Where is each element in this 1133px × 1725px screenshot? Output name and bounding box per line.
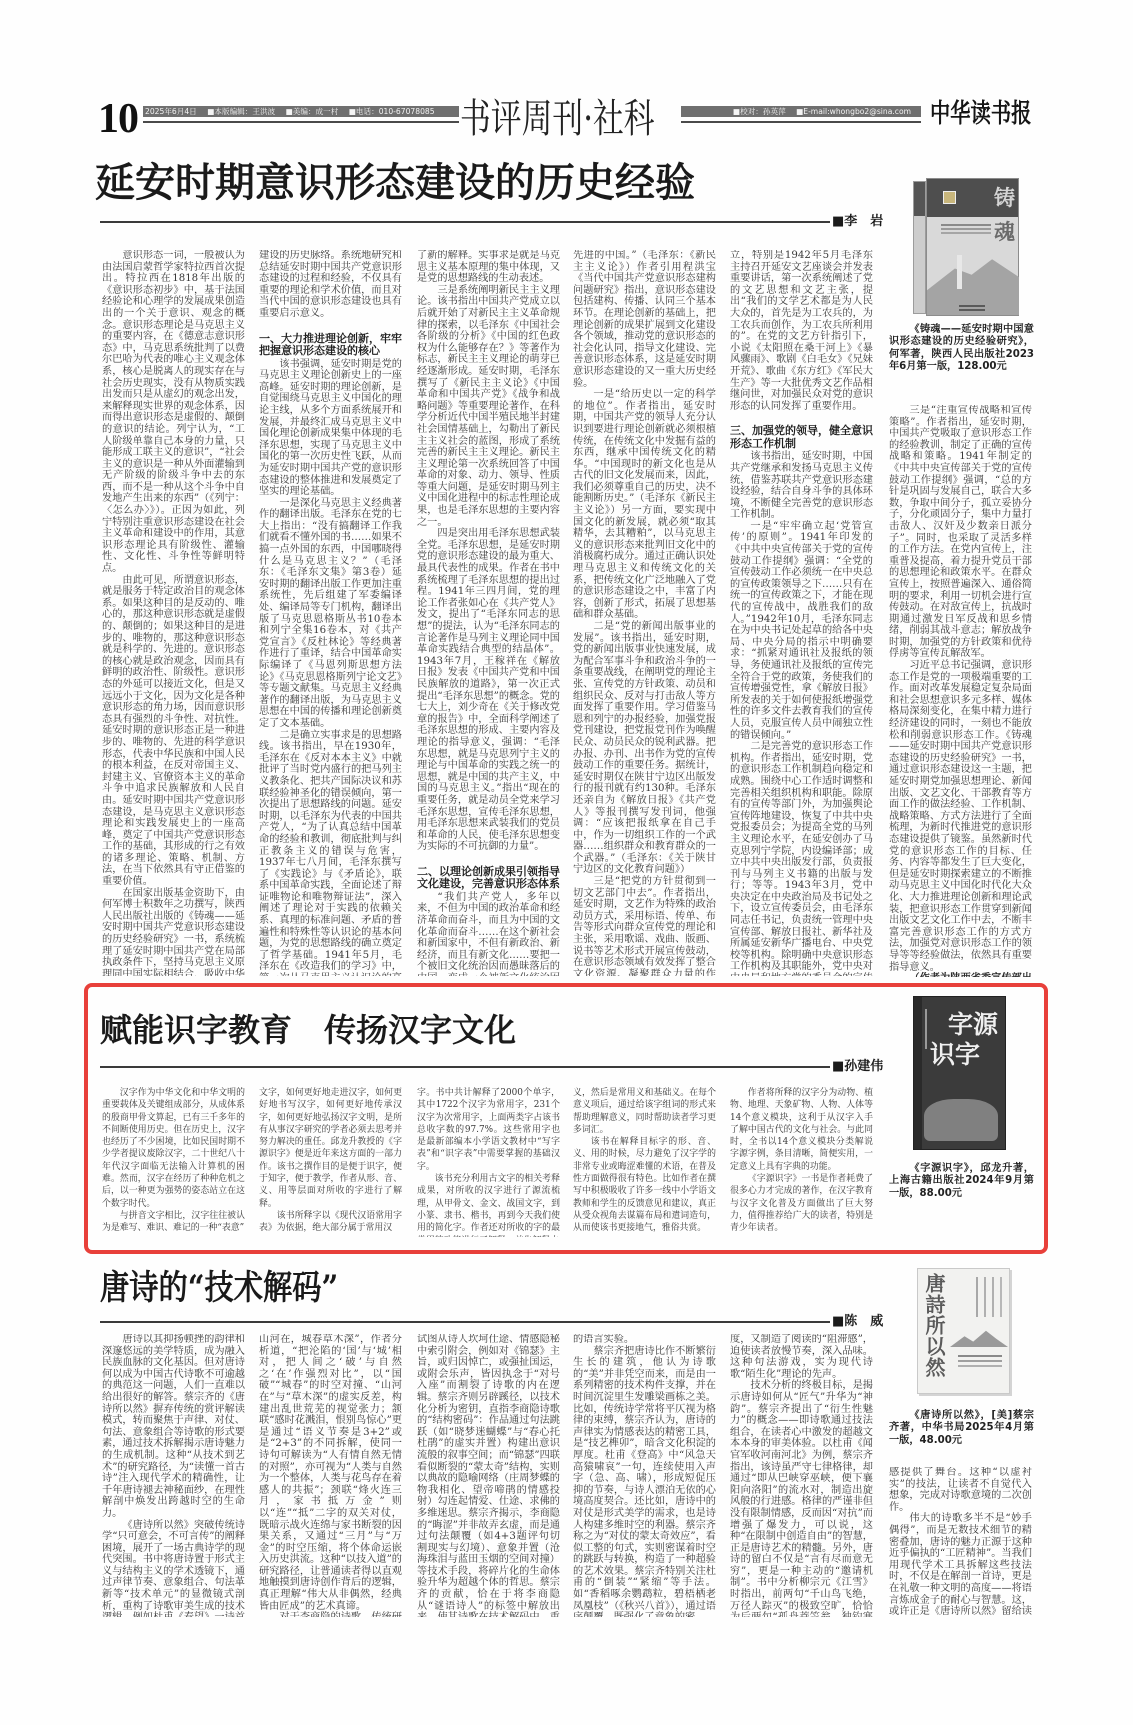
pagoda-illustration (957, 255, 962, 289)
author-byline: ■孙建伟 (832, 1059, 883, 1074)
paragraph: 一是“给历史以一定的科学的地位”。作者指出，延安时期，中国共产党的领导人充分认识… (573, 389, 716, 621)
author-byline: ■陈 威 (832, 1314, 883, 1329)
text-column: 作者将所释的汉字分为动物、植物、地理、天象矿物、人物、人体等14个意义模块，这利… (730, 1087, 873, 1237)
paragraph: 与拼音文字相比，汉字往往被认为是难写、难识、难记的一种“表意” (102, 1210, 245, 1235)
paragraph: 技术分析的终极目标，是揭示唐诗如何从“匠气”升华为“神韵”。蔡宗齐提出了“衍生性… (730, 1380, 873, 1617)
email: ■E-mail:whongbo2@sina.com (796, 107, 911, 116)
book-caption: 《字源识字》，邱龙升著，上海古籍出版社2024年9月第一版，88.00元 (889, 1163, 1034, 1200)
text-column: 山河在，城春草木深”，作者分析道，“把沦陷的‘国’与‘城’相对，把人间之‘破’与… (259, 1334, 402, 1617)
text-column: 义，然后是常用义和基础义。在每个意义项后，通过给该字组词的形式来帮助理解意义，同… (573, 1087, 716, 1237)
article-title: 延安时期意识形态建设的历史经验 (95, 160, 695, 206)
section-heading: 一、大力推进理论创新，牢牢把握意识形态建设的核心 (259, 333, 402, 358)
paragraph: 立，特别是1942年5月毛泽东主持召开延安文艺座谈会并发表重要讲话，第一次系统阐… (730, 250, 873, 412)
paragraph: 对于李商隐的诗歌，传统研究往往囿于“知人论世”的窠臼， (259, 1612, 402, 1617)
phone: ■电话：010-67078085 (349, 107, 435, 116)
paragraph: 在国家出版基金资助下，由何军博士积数年之功撰写，陕西人民出版社出版的《铸魂——延… (102, 888, 245, 976)
text-column: 汉字作为中华文化和中华文明的重要载体及关键组成部分，从成体系的殷商甲骨文算起，已… (102, 1087, 245, 1237)
text-column: 建设的历史脉络。系统地研究和总结延安时期中国共产党意识形态建设的过程和经验，不仅… (259, 250, 402, 976)
paragraph: 意识形态一词，一般被认为由法国启蒙哲学家特拉西首次提出。特拉西在1818年出版的… (102, 250, 245, 575)
paragraph: 该书充分利用古文字的相关考释成果，对所收的汉字进行了源流梳理，从甲骨文、金文、战… (417, 1173, 560, 1237)
cover-title: 唐詩所以然 (923, 1273, 945, 1378)
paragraph: 感提供了舞台。这种“以虚衬实”的技法，让读者不自觉代入想象，完成对诗歌意境的二次… (889, 1467, 1032, 1513)
paragraph: 字。书中共计解释了2000个单字，其中1722个汉字为常用字，231个汉字为次常… (417, 1087, 560, 1173)
page-number: 10 (98, 99, 138, 139)
paragraph: 一是深化马克思主义经典著作的翻译出版。毛泽东在党的七大上指出：“没有搞翻译工作我… (259, 498, 402, 730)
text-column: 唐诗以其抑扬顿挫的韵律和深邃悠远的美学特质，成为融入民族血脉的文化基因。但对唐诗… (102, 1334, 245, 1617)
paragraph: 作者将所释的汉字分为动物、植物、地理、天象矿物、人物、人体等14个意义模块，这利… (730, 1087, 873, 1173)
paragraph: 二是完善党的意识形态工作机构。作者指出，延安时期，党的意识形态工作机制趋向稳定和… (730, 741, 873, 976)
cover-title: 识字 (930, 1041, 980, 1068)
cover-title-char: 铸 (994, 187, 1015, 209)
paragraph: 四是突出用毛泽东思想武装全党。毛泽东思想，是延安时期党的意识形态建设的最为重大、… (417, 528, 560, 853)
header-info-bar-left: 2025年6月4日 ■本版编辑：王洪波 ■美编：成一村 ■电话：010-6707… (143, 106, 459, 117)
paragraph: 二是“党的新闻出版事业的发展”。该书指出，延安时期，党的新闻出版事业快速发展，成… (573, 621, 716, 876)
section-title: 书评周刊·社科 (460, 97, 655, 141)
book-front-cover: 铸 魂 (926, 178, 1019, 316)
paragraph: 一是“牢牢确立起‘党管宣传’的原则”。1941年印发的《中共中央宣传部关于党的宣… (730, 521, 873, 741)
paragraph: 文字，如何更好地走进汉字，如何更好地书写汉字，如何更好地传承汉字，如何更好地弘扬… (259, 1087, 402, 1210)
designer: ■美编：成一村 (286, 107, 339, 116)
newspaper-page: 10 2025年6月4日 ■本版编辑：王洪波 ■美编：成一村 ■电话：010-6… (0, 0, 1133, 1725)
paragraph: 蔡宗齐把唐诗比作不断繁衍生长的建筑，他认为诗歌的“美”并非凭空而来，而是由一系列… (573, 1346, 716, 1617)
book-caption: 《唐诗所以然》，[美]蔡宗齐著，中华书局2025年4月第一版，48.00元 (889, 1410, 1034, 1447)
text-column: 字。书中共计解释了2000个单字，其中1722个汉字为常用字，231个汉字为次常… (417, 1087, 560, 1237)
header-rule-right (681, 121, 921, 123)
issue-date: 2025年6月4日 (145, 107, 197, 116)
byline-rule (100, 1066, 830, 1068)
book-cover-image: 字源 识字 (913, 996, 1006, 1150)
paragraph: 的语言实验。 (573, 1334, 716, 1346)
text-column: 试图从诗人坎坷仕途、情感隐秘中索引附会，例如对《锦瑟》主旨，或归因悼亡，或强扯国… (417, 1334, 560, 1617)
paragraph: 《唐诗所以然》突破传统诗学“只可意会，不可言传”的阐释困境，展开了一场古典诗学的… (102, 1520, 245, 1618)
header-info-bar-right: ■校对：孙英萍 ■E-mail:whongbo2@sina.com (681, 106, 921, 117)
paragraph: 度，又制造了阅读的“阻滞感”，迫使读者放慢节奏，深入品味。这种句法游戏，实为现代… (730, 1334, 873, 1380)
paragraph: 《字源识字》一书是作者耗费了很多心力才完成的著作，在汉字教育与汉字文化普及方面做… (730, 1173, 873, 1234)
text-column: 了新的解释。实事求是就是马克思主义基本原理的集中体现，又是党的思想路线的生动表述… (417, 250, 560, 976)
paragraph: 义，然后是常用义和基础义。在每个意义项后，通过给该字组词的形式来帮助理解意义，同… (573, 1087, 716, 1136)
book-cover-image: 唐詩所以然 (917, 1268, 1010, 1394)
paragraph: 习近平总书记强调，意识形态工作是党的一项极端重要的工作。面对改革发展稳定复杂局面… (889, 660, 1032, 973)
text-column: 的语言实验。 蔡宗齐把唐诗比作不断繁衍生长的建筑，他认为诗歌的“美”并非凭空而来… (573, 1334, 716, 1617)
mountain-illustration (950, 1329, 1008, 1347)
paragraph: 伟大的诗歌多半不是“妙手偶得”，而是无数技术细节的精密叠加，唐诗的魅力正源于这种… (889, 1513, 1032, 1617)
masthead-logo: 中华读书报 (930, 99, 1031, 129)
paragraph: 山河在，城春草木深”，作者分析道，“把沦陷的‘国’与‘城’相对，把人间之‘破’与… (259, 1334, 402, 1612)
text-column: 立，特别是1942年5月毛泽东主持召开延安文艺座谈会并发表重要讲话，第一次系统阐… (730, 250, 873, 976)
text-column: 先进的中国。”（毛泽东：《新民主主义论》）作者引用程洪宝《当代中国共产党意识形态… (573, 250, 716, 976)
paragraph: 了新的解释。实事求是就是马克思主义基本原理的集中体现，又是党的思想路线的生动表述… (417, 250, 560, 285)
text-column: 感提供了舞台。这种“以虚衬实”的技法，让读者不自觉代入想象，完成对诗歌意境的二次… (889, 1467, 1032, 1617)
paragraph: 三是“注重宣传战略和宣传策略”。作者指出，延安时期，中国共产党吸取了意识形态工作… (889, 405, 1032, 660)
section-heading: 二、以理论创新成果引领指导文化建设，完善意识形态体系 (417, 866, 560, 891)
text-column: 意识形态一词，一般被认为由法国启蒙哲学家特拉西首次提出。特拉西在1818年出版的… (102, 250, 245, 976)
byline-rule (100, 1321, 830, 1323)
text-column: 三是“注重宣传战略和宣传策略”。作者指出，延安时期，中国共产党吸取了意识形态工作… (889, 405, 1032, 977)
cover-title: 字源 (948, 1011, 998, 1038)
paragraph: 试图从诗人坎坷仕途、情感隐秘中索引附会，例如对《锦瑟》主旨，或归因悼亡，或强扯国… (417, 1334, 560, 1617)
book-spine (913, 181, 926, 314)
figures-illustration (924, 1099, 998, 1141)
paragraph: 三是系统阐明新民主主义理论。该书指出中国共产党成立以后就开始了对新民主主义革命规… (417, 285, 560, 528)
emblem-icon (943, 191, 956, 204)
header-rule-left (143, 121, 459, 123)
text-column: 度，又制造了阅读的“阻滞感”，迫使读者放慢节奏，深入品味。这种句法游戏，实为现代… (730, 1334, 873, 1617)
section-heading: 三、加强党的领导，健全意识形态工作机制 (730, 425, 873, 450)
paragraph: 该书在解释目标字的形、音、义、用的时候，尽力避免了汉字学的非常专业或晦涩难懂的术… (573, 1136, 716, 1234)
paragraph: 该书指出，延安时期，中国共产党继承和发扬马克思主义传统，借鉴苏联共产党意识形态建… (730, 451, 873, 521)
paragraph: 唐诗以其抑扬顿挫的韵律和深邃悠远的美学特质，成为融入民族血脉的文化基因。但对唐诗… (102, 1334, 245, 1520)
proofreader: ■校对：孙英萍 (733, 107, 786, 116)
paragraph: 三是“把党的方针贯彻到一切文艺部门中去”。作者指出，延安时期，文艺作为特殊的政治… (573, 876, 716, 976)
paragraph: 该书所释字以《现代汉语常用字表》为依据，绝大部分属于常用汉 (259, 1210, 402, 1235)
author-byline: ■李 岩 (832, 214, 883, 229)
paragraph: 该书强调，延安时期是党的马克思主义理论创新史上的一座高峰。延安时期的理论创新，是… (259, 359, 402, 498)
paragraph: 由此可见，所谓意识形态，就是服务于特定政治目的观念体系。如果这种目的是反动的、唯… (102, 575, 245, 888)
book-caption: 《铸魂——延安时期中国意识形态建设的历史经验研究》，何军著，陕西人民出版社202… (889, 324, 1034, 374)
paragraph: 建设的历史脉络。系统地研究和总结延安时期中国共产党意识形态建设的过程和经验，不仅… (259, 250, 402, 320)
paragraph: 先进的中国。”（毛泽东：《新民主主义论》）作者引用程洪宝《当代中国共产党意识形态… (573, 250, 716, 389)
author-note: （作者为陕西省委宣传部出版处副处长） (889, 973, 1032, 977)
cover-title-char: 魂 (994, 221, 1015, 243)
paragraph: “我们共产党人，多年以来，不但为中国的政治革命和经济革命而奋斗，而且为中国的文化… (417, 892, 560, 976)
book-cover-image: 铸 魂 (913, 178, 1019, 316)
editor: ■本版编辑：王洪波 (207, 107, 275, 116)
paragraph: 二是确立实事求是的思想路线。该书指出，早在1930年，毛泽东在《反对本本主义》中… (259, 730, 402, 976)
paragraph: 汉字作为中华文化和中华文明的重要载体及关键组成部分，从成体系的殷商甲骨文算起，已… (102, 1087, 245, 1210)
article-title: 唐诗的“技术解码” (100, 1268, 338, 1308)
text-column: 文字，如何更好地走进汉字，如何更好地书写汉字，如何更好地传承汉字，如何更好地弘扬… (259, 1087, 402, 1237)
article-title: 赋能识字教育 传扬汉字文化 (100, 1011, 516, 1049)
byline-rule (100, 221, 830, 223)
